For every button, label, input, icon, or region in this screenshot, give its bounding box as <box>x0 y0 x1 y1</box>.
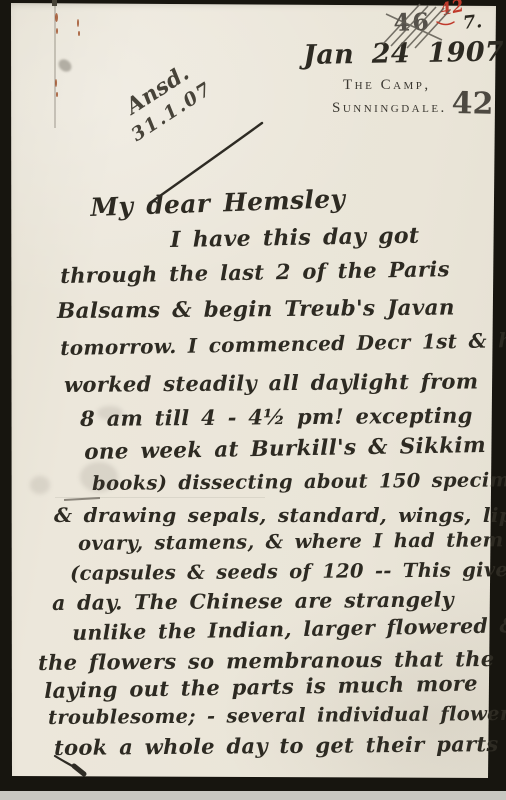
handwritten-date: Jan 24 1907 <box>303 36 504 70</box>
handwritten-line: & drawing sepals, standard, wings, lip- <box>54 504 506 526</box>
handwritten-line: the flowers so membranous that the <box>38 647 495 674</box>
rust-spot <box>56 92 58 97</box>
horizontal-crease-faint <box>55 497 265 498</box>
paper-smudge <box>80 462 118 492</box>
handwritten-line: I have this day got <box>170 224 420 253</box>
paper-smudge <box>97 406 123 420</box>
letterhead-line2: Sunningdale. <box>332 100 447 117</box>
paper-smudge <box>30 476 50 494</box>
scanned-letter-page: 46 42 7. Jan 24 1907 The Camp, Sunningda… <box>0 0 506 800</box>
scan-bottom-strip <box>0 791 506 800</box>
handwritten-line: troublesome; - several individual flower… <box>48 703 506 729</box>
handwritten-line: took a whole day to get their parts <box>54 732 499 759</box>
secondary-number: 7. <box>462 11 483 34</box>
page-number-stamp: 42 <box>451 86 493 122</box>
handwritten-line: worked steadily all daylight from <box>64 369 478 396</box>
handwritten-line: a day. The Chinese are strangely <box>52 588 454 614</box>
rust-spot <box>55 79 57 87</box>
handwritten-line: (capsules & seeds of 120 -- This gives 3 <box>70 559 506 585</box>
handwritten-line: books) dissecting about 150 specimens <box>92 469 506 494</box>
rust-spot <box>78 31 80 36</box>
rust-spot <box>56 28 58 34</box>
handwritten-line: Balsams & begin Treub's Javan <box>57 297 455 324</box>
letter-scan: { "scan": { "background_color": "#17150f… <box>0 0 506 800</box>
rust-spot <box>55 13 58 22</box>
top-edge-notch <box>52 0 57 6</box>
handwritten-line: ovary, stamens, & where I had them <box>78 529 504 554</box>
rust-spot <box>77 19 79 27</box>
cancelled-folio-number: 46 <box>393 7 431 37</box>
letterhead-line1: The Camp, <box>343 77 431 94</box>
handwritten-line: 8 am till 4 - 4½ pm! excepting <box>80 404 473 431</box>
